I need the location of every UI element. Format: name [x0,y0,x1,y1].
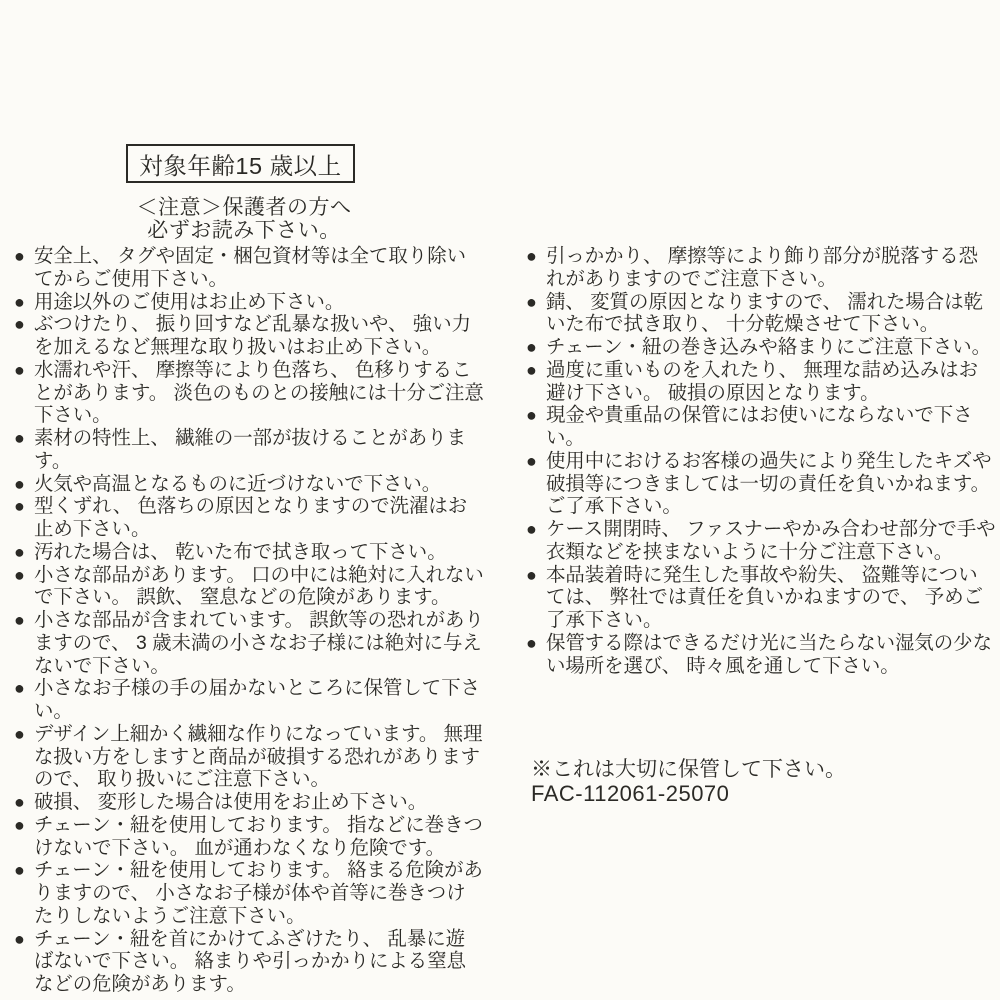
care-label-sheet: { "colors": { "background": "#fcfbf7", "… [0,0,1000,1000]
warning-item: ●錆、 変質の原因となりますので、 濡れた場合は乾いた布で拭き取り、 十分乾燥さ… [526,291,996,337]
warning-item: ●型くずれ、 色落ちの原因となりますので洗濯はお止め下さい。 [14,495,484,541]
keep-note: ※これは大切に保管して下さい。 [531,758,846,782]
warning-item: ●水濡れや汗、 摩擦等により色落ち、 色移りすることがあります。 淡色のものとの… [14,359,484,427]
warning-text: ケース開閉時、 ファスナーやかみ合わせ部分で手や衣類などを挟まないように十分ご注… [546,518,996,563]
warning-item: ●小さな部品が含まれています。 誤飲等の恐れがありますので、 3 歳未満の小さな… [14,609,484,677]
age-restriction-label: 対象年齢15 歳以上 [139,147,341,181]
warning-item: ●保管する際はできるだけ光に当たらない湿気の少ない場所を選び、 時々風を通して下… [526,632,996,678]
warning-text: チェーン・紐の巻き込みや絡まりにご注意下さい。 [546,336,991,358]
warning-text: 小さな部品が含まれています。 誤飲等の恐れがありますので、 3 歳未満の小さなお… [34,609,484,677]
warning-item: ●火気や高温となるものに近づけないで下さい。 [14,473,484,496]
warning-text: 破損、 変形した場合は使用をお止め下さい。 [34,791,427,813]
age-restriction-box: 対象年齢15 歳以上 [126,144,355,183]
warning-item: ●用途以外のご使用はお止め下さい。 [14,291,484,314]
warning-item: ●小さな部品があります。 口の中には絶対に入れないで下さい。 誤飲、 窒息などの… [14,564,484,610]
warning-item: ●ぶつけたり、 振り回すなど乱暴な扱いや、 強い力を加えるなど無理な取り扱いはお… [14,313,484,359]
bullet-icon: ● [14,814,34,837]
bullet-icon: ● [526,518,546,541]
bullet-icon: ● [14,291,34,314]
warnings-column-right: ●引っかかり、 摩擦等により飾り部分が脱落する恐れがありますのでご注意下さい。●… [526,245,996,677]
warning-text: 小さなお子様の手の届かないところに保管して下さい。 [34,677,480,722]
notice-line1: ＜注意＞保護者の方へ [0,196,488,219]
warning-item: ●チェーン・紐の巻き込みや絡まりにご注意下さい。 [526,336,996,359]
warnings-column-left: ●安全上、 タグや固定・梱包資材等は全て取り除いてからご使用下さい。●用途以外の… [14,245,484,996]
warning-text: 小さな部品があります。 口の中には絶対に入れないで下さい。 誤飲、 窒息などの危… [34,564,484,609]
bullet-icon: ● [14,859,34,882]
warning-text: 使用中におけるお客様の過失により発生したキズや破損等につきましては一切の責任を負… [546,450,992,518]
bullet-icon: ● [526,291,546,314]
bullet-icon: ● [14,495,34,518]
bullet-icon: ● [526,336,546,359]
bullet-icon: ● [14,313,34,336]
bullet-icon: ● [14,928,34,951]
bullet-icon: ● [14,473,34,496]
warning-item: ●現金や貴重品の保管にはお使いにならないで下さい。 [526,404,996,450]
bullet-icon: ● [14,245,34,268]
bullet-icon: ● [526,632,546,655]
bullet-icon: ● [14,791,34,814]
warning-text: デザイン上細かく繊細な作りになっています。 無理な扱い方をしますと商品が破損する… [34,723,482,791]
warning-text: 火気や高温となるものに近づけないで下さい。 [34,473,441,495]
warning-item: ●本品装着時に発生した事故や紛失、 盗難等については、 弊社では責任を負いかねま… [526,564,996,632]
warning-item: ●ケース開閉時、 ファスナーやかみ合わせ部分で手や衣類などを挟まないように十分ご… [526,518,996,564]
warning-text: チェーン・紐を使用しております。 指などに巻きつけないで下さい。 血が通わなくな… [34,814,483,859]
bullet-icon: ● [14,359,34,382]
bullet-icon: ● [526,404,546,427]
bullet-icon: ● [14,541,34,564]
warning-item: ●チェーン・紐を使用しております。 絡まる危険がありますので、 小さなお子様が体… [14,859,484,927]
warning-text: 水濡れや汗、 摩擦等により色落ち、 色移りすることがあります。 淡色のものとの接… [34,359,484,427]
warning-item: ●汚れた場合は、 乾いた布で拭き取って下さい。 [14,541,484,564]
product-code: FAC-112061-25070 [531,782,846,806]
warning-item: ●デザイン上細かく繊細な作りになっています。 無理な扱い方をしますと商品が破損す… [14,723,484,791]
bullet-icon: ● [526,564,546,587]
warning-text: チェーン・紐を首にかけてふざけたり、 乱暴に遊ばないで下さい。 絡まりや引っかか… [34,928,466,996]
warning-item: ●小さなお子様の手の届かないところに保管して下さい。 [14,677,484,723]
warning-text: チェーン・紐を使用しております。 絡まる危険がありますので、 小さなお子様が体や… [34,859,483,927]
warning-text: 汚れた場合は、 乾いた布で拭き取って下さい。 [34,541,447,563]
footer: ※これは大切に保管して下さい。 FAC-112061-25070 [531,758,846,805]
warning-text: 本品装着時に発生した事故や紛失、 盗難等については、 弊社では責任を負いかねます… [546,564,983,632]
bullet-icon: ● [14,564,34,587]
notice-heading: ＜注意＞保護者の方へ 必ずお読み下さい。 [0,196,488,242]
warning-text: 錆、 変質の原因となりますので、 濡れた場合は乾いた布で拭き取り、 十分乾燥させ… [546,291,983,336]
notice-line2: 必ずお読み下さい。 [0,219,488,242]
warning-text: 現金や貴重品の保管にはお使いにならないで下さい。 [546,404,973,449]
warning-text: 用途以外のご使用はお止め下さい。 [34,291,344,313]
warning-text: 型くずれ、 色落ちの原因となりますので洗濯はお止め下さい。 [34,495,467,540]
warning-item: ●安全上、 タグや固定・梱包資材等は全て取り除いてからご使用下さい。 [14,245,484,291]
warning-text: 安全上、 タグや固定・梱包資材等は全て取り除いてからご使用下さい。 [34,245,466,290]
warning-text: 引っかかり、 摩擦等により飾り部分が脱落する恐れがありますのでご注意下さい。 [546,245,978,290]
bullet-icon: ● [14,677,34,700]
bullet-icon: ● [14,427,34,450]
bullet-icon: ● [526,245,546,268]
bullet-icon: ● [526,450,546,473]
bullet-icon: ● [14,609,34,632]
warning-item: ●チェーン・紐を首にかけてふざけたり、 乱暴に遊ばないで下さい。 絡まりや引っか… [14,928,484,996]
warning-item: ●引っかかり、 摩擦等により飾り部分が脱落する恐れがありますのでご注意下さい。 [526,245,996,291]
warning-item: ●チェーン・紐を使用しております。 指などに巻きつけないで下さい。 血が通わなく… [14,814,484,860]
warning-text: 過度に重いものを入れたり、 無理な詰め込みはお避け下さい。 破損の原因となります… [546,359,978,404]
warning-item: ●素材の特性上、 繊維の一部が抜けることがあります。 [14,427,484,473]
warning-text: 素材の特性上、 繊維の一部が抜けることがあります。 [34,427,466,472]
warning-text: ぶつけたり、 振り回すなど乱暴な扱いや、 強い力を加えるなど無理な取り扱いはお止… [34,313,471,358]
warning-text: 保管する際はできるだけ光に当たらない湿気の少ない場所を選び、 時々風を通して下さ… [546,632,992,677]
warning-item: ●破損、 変形した場合は使用をお止め下さい。 [14,791,484,814]
warning-item: ●使用中におけるお客様の過失により発生したキズや破損等につきましては一切の責任を… [526,450,996,518]
bullet-icon: ● [14,723,34,746]
bullet-icon: ● [526,359,546,382]
warning-item: ●過度に重いものを入れたり、 無理な詰め込みはお避け下さい。 破損の原因となりま… [526,359,996,405]
